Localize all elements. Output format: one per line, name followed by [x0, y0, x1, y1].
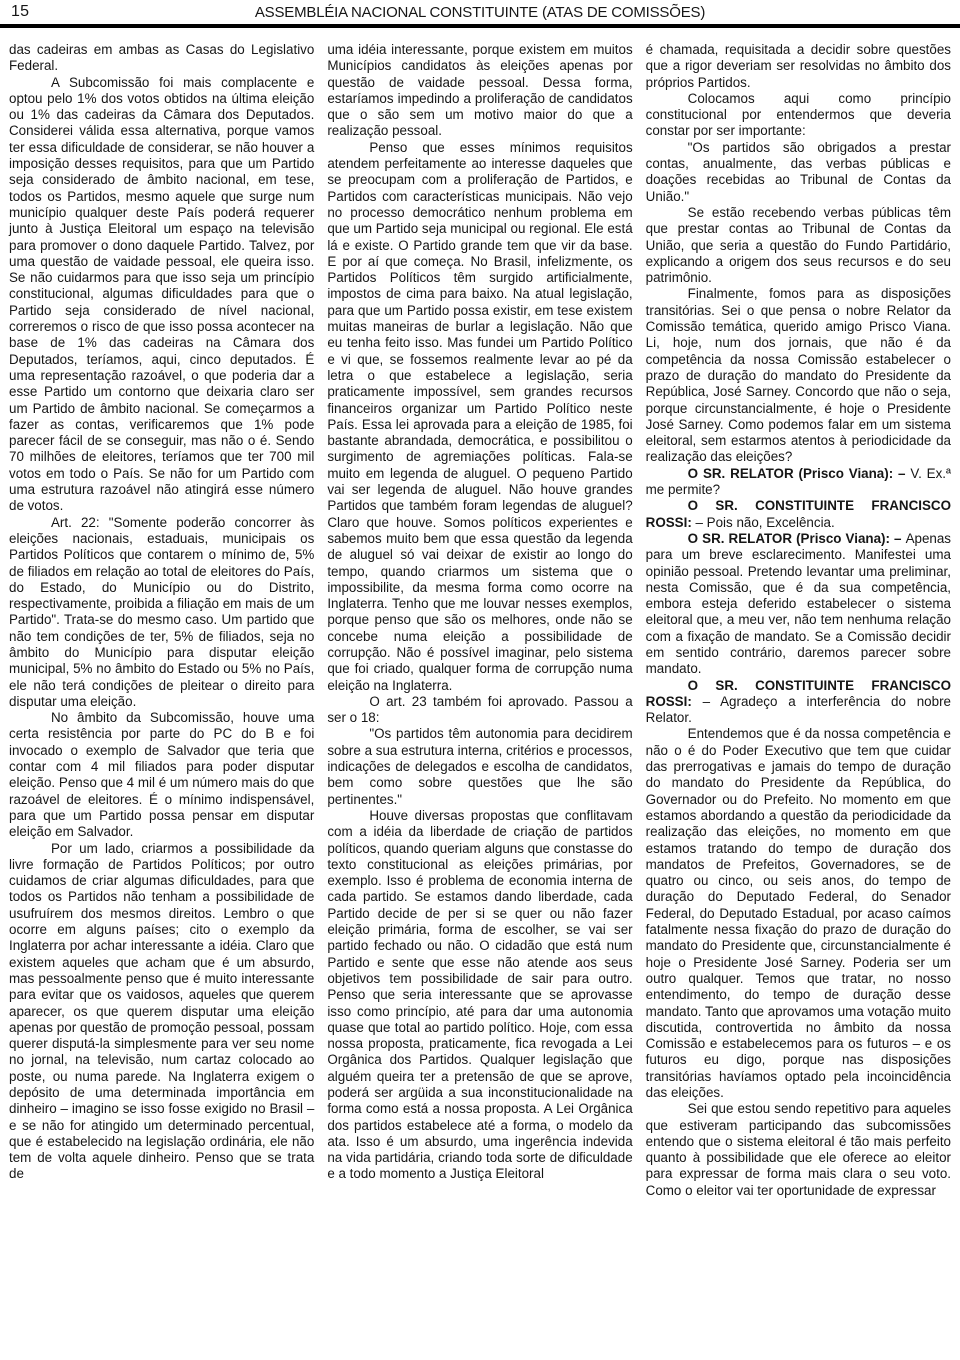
paragraph: Por um lado, criarmos a possibilidade da…	[9, 841, 314, 1183]
page-header: 15 ASSEMBLÉIA NACIONAL CONSTITUINTE (ATA…	[0, 0, 960, 23]
text-run: "Os partidos têm autonomia para decidire…	[327, 726, 632, 806]
paragraph: das cadeiras em ambas as Casas do Legisl…	[9, 42, 314, 75]
text-run: "Os partidos são obrigados a prestar con…	[646, 140, 951, 204]
text-columns: das cadeiras em ambas as Casas do Legisl…	[0, 28, 960, 1199]
speech-paragraph: O SR. RELATOR (Prisco Viana): – Apenas p…	[646, 531, 951, 678]
text-run: uma idéia interessante, porque existem e…	[327, 42, 632, 138]
text-run: é chamada, requisitada a decidir sobre q…	[646, 42, 951, 90]
paragraph: Entendemos que é da nossa competência e …	[646, 726, 951, 1101]
text-run: Finalmente, fomos para as disposições tr…	[646, 286, 951, 464]
paragraph: Finalmente, fomos para as disposições tr…	[646, 286, 951, 465]
text-run: Sei que estou sendo repetitivo para aque…	[646, 1101, 951, 1197]
paragraph: uma idéia interessante, porque existem e…	[327, 42, 632, 140]
text-run: Houve diversas propostas que conflitavam…	[327, 808, 632, 1182]
text-run: das cadeiras em ambas as Casas do Legisl…	[9, 42, 314, 73]
paragraph: Sei que estou sendo repetitivo para aque…	[646, 1101, 951, 1199]
column-1: das cadeiras em ambas as Casas do Legisl…	[9, 42, 314, 1199]
column-3: é chamada, requisitada a decidir sobre q…	[646, 42, 951, 1199]
speaker-name: O SR. RELATOR (Prisco Viana): –	[688, 531, 906, 546]
paragraph: "Os partidos são obrigados a prestar con…	[646, 140, 951, 205]
text-run: Entendemos que é da nossa competência e …	[646, 726, 951, 1100]
paragraph: No âmbito da Subcomissão, houve uma cert…	[9, 710, 314, 840]
text-run: Se estão recebendo verbas públicas têm q…	[646, 205, 951, 285]
text-run: Por um lado, criarmos a possibilidade da…	[9, 841, 314, 1182]
text-run: Art. 22: "Somente poderão concorrer às e…	[9, 515, 314, 709]
paragraph: é chamada, requisitada a decidir sobre q…	[646, 42, 951, 91]
text-run: – Pois não, Excelência.	[696, 515, 835, 530]
text-run: Penso que esses mínimos requisitos atend…	[327, 140, 632, 693]
document-page: 15 ASSEMBLÉIA NACIONAL CONSTITUINTE (ATA…	[0, 0, 960, 1360]
speech-paragraph: O SR. RELATOR (Prisco Viana): – V. Ex.ª …	[646, 466, 951, 499]
text-run: Apenas para um breve esclarecimento. Man…	[646, 531, 951, 676]
paragraph: Art. 22: "Somente poderão concorrer às e…	[9, 515, 314, 711]
text-run: Colocamos aqui como princípio constituci…	[646, 91, 951, 139]
paragraph: "Os partidos têm autonomia para decidire…	[327, 726, 632, 807]
paragraph: O art. 23 também foi aprovado. Passou a …	[327, 694, 632, 727]
paragraph: A Subcomissão foi mais complacente e opt…	[9, 75, 314, 515]
text-run: O art. 23 também foi aprovado. Passou a …	[327, 694, 632, 725]
column-2: uma idéia interessante, porque existem e…	[327, 42, 632, 1199]
document-title: ASSEMBLÉIA NACIONAL CONSTITUINTE (ATAS D…	[0, 0, 960, 21]
paragraph: Se estão recebendo verbas públicas têm q…	[646, 205, 951, 286]
speech-paragraph: O SR. CONSTITUINTE FRANCISCO ROSSI: – Po…	[646, 498, 951, 531]
paragraph: Colocamos aqui como princípio constituci…	[646, 91, 951, 140]
page-number: 15	[11, 3, 29, 21]
text-run: No âmbito da Subcomissão, houve uma cert…	[9, 710, 314, 839]
paragraph: Houve diversas propostas que conflitavam…	[327, 808, 632, 1183]
speaker-name: O SR. RELATOR (Prisco Viana): –	[688, 466, 911, 481]
paragraph: Penso que esses mínimos requisitos atend…	[327, 140, 632, 694]
speech-paragraph: O SR. CONSTITUINTE FRANCISCO ROSSI: – Ag…	[646, 678, 951, 727]
text-run: A Subcomissão foi mais complacente e opt…	[9, 75, 314, 514]
